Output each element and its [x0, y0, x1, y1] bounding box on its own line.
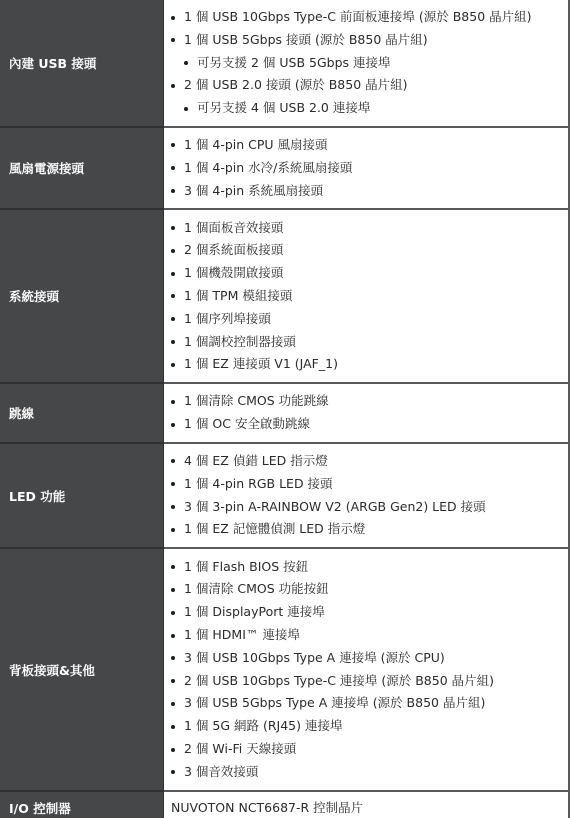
- row-value: 1 個 USB 10Gbps Type-C 前面板連接埠 (源於 B850 晶片…: [164, 0, 570, 127]
- list-item: 2 個 USB 2.0 接頭 (源於 B850 晶片組): [164, 74, 568, 97]
- list-item: 1 個機殼開啟接頭: [164, 262, 568, 285]
- row-value: 1 個 4-pin CPU 風扇接頭 1 個 4-pin 水冷/系統風扇接頭 3…: [164, 127, 570, 209]
- list-item: 1 個 HDMI™ 連接埠: [164, 624, 568, 647]
- list-item: 1 個 USB 10Gbps Type-C 前面板連接埠 (源於 B850 晶片…: [164, 6, 568, 29]
- sub-list-item: 可另支援 2 個 USB 5Gbps 連接埠: [164, 52, 568, 75]
- bullet-list: 1 個清除 CMOS 功能跳線 1 個 OC 安全啟動跳線: [164, 384, 568, 442]
- row-value: 1 個 Flash BIOS 按鈕 1 個清除 CMOS 功能按鈕 1 個 Di…: [164, 548, 570, 791]
- list-item: 1 個序列埠接頭: [164, 308, 568, 331]
- list-item: 1 個 5G 網路 (RJ45) 連接埠: [164, 715, 568, 738]
- row-label: I/O 控制器: [0, 791, 164, 818]
- bullet-list: 1 個 Flash BIOS 按鈕 1 個清除 CMOS 功能按鈕 1 個 Di…: [164, 550, 568, 790]
- list-item: 1 個清除 CMOS 功能跳線: [164, 390, 568, 413]
- bullet-list: 1 個 4-pin CPU 風扇接頭 1 個 4-pin 水冷/系統風扇接頭 3…: [164, 128, 568, 208]
- row-value: NUVOTON NCT6687-R 控制晶片: [164, 791, 570, 818]
- row-label: 風扇電源接頭: [0, 127, 164, 209]
- row-label: 跳線: [0, 383, 164, 443]
- list-item: 1 個 4-pin CPU 風扇接頭: [164, 134, 568, 157]
- list-item: 1 個 USB 5Gbps 接頭 (源於 B850 晶片組): [164, 29, 568, 52]
- bullet-list: 4 個 EZ 偵錯 LED 指示燈 1 個 4-pin RGB LED 接頭 3…: [164, 444, 568, 547]
- list-item: 1 個 EZ 記憶體偵測 LED 指示燈: [164, 518, 568, 541]
- list-item: 1 個 DisplayPort 連接埠: [164, 601, 568, 624]
- list-item: 3 個 4-pin 系統風扇接頭: [164, 180, 568, 203]
- row-label: 系統接頭: [0, 209, 164, 383]
- list-item: 3 個音效接頭: [164, 761, 568, 784]
- list-item: 1 個 EZ 連接頭 V1 (JAF_1): [164, 353, 568, 376]
- list-item: 2 個 USB 10Gbps Type-C 連接埠 (源於 B850 晶片組): [164, 670, 568, 693]
- row-value: 4 個 EZ 偵錯 LED 指示燈 1 個 4-pin RGB LED 接頭 3…: [164, 443, 570, 548]
- row-value: 1 個清除 CMOS 功能跳線 1 個 OC 安全啟動跳線: [164, 383, 570, 443]
- list-item: 1 個 TPM 模組接頭: [164, 285, 568, 308]
- row-label: 內建 USB 接頭: [0, 0, 164, 127]
- spec-row-fan-headers: 風扇電源接頭 1 個 4-pin CPU 風扇接頭 1 個 4-pin 水冷/系…: [0, 127, 569, 209]
- spec-row-system-headers: 系統接頭 1 個面板音效接頭 2 個系統面板接頭 1 個機殼開啟接頭 1 個 T…: [0, 209, 569, 383]
- bullet-list: 1 個 USB 10Gbps Type-C 前面板連接埠 (源於 B850 晶片…: [164, 0, 568, 126]
- list-item: 1 個清除 CMOS 功能按鈕: [164, 578, 568, 601]
- list-item: 2 個系統面板接頭: [164, 239, 568, 262]
- row-label: 背板接頭&其他: [0, 548, 164, 791]
- list-item: 1 個 OC 安全啟動跳線: [164, 413, 568, 436]
- row-value: 1 個面板音效接頭 2 個系統面板接頭 1 個機殼開啟接頭 1 個 TPM 模組…: [164, 209, 570, 383]
- list-item: 1 個 4-pin RGB LED 接頭: [164, 473, 568, 496]
- spec-row-rear-panel: 背板接頭&其他 1 個 Flash BIOS 按鈕 1 個清除 CMOS 功能按…: [0, 548, 569, 791]
- bullet-list: 1 個面板音效接頭 2 個系統面板接頭 1 個機殼開啟接頭 1 個 TPM 模組…: [164, 211, 568, 383]
- list-item: 3 個 3-pin A-RAINBOW V2 (ARGB Gen2) LED 接…: [164, 496, 568, 519]
- list-item: 3 個 USB 10Gbps Type A 連接埠 (源於 CPU): [164, 647, 568, 670]
- spec-row-jumpers: 跳線 1 個清除 CMOS 功能跳線 1 個 OC 安全啟動跳線: [0, 383, 569, 443]
- list-item: 4 個 EZ 偵錯 LED 指示燈: [164, 450, 568, 473]
- list-item: 3 個 USB 5Gbps Type A 連接埠 (源於 B850 晶片組): [164, 692, 568, 715]
- list-item: 1 個 Flash BIOS 按鈕: [164, 556, 568, 579]
- io-controller-value: NUVOTON NCT6687-R 控制晶片: [164, 792, 568, 818]
- sub-list-item: 可另支援 4 個 USB 2.0 連接埠: [164, 97, 568, 120]
- spec-row-usb-headers: 內建 USB 接頭 1 個 USB 10Gbps Type-C 前面板連接埠 (…: [0, 0, 569, 127]
- list-item: 1 個面板音效接頭: [164, 217, 568, 240]
- list-item: 1 個 4-pin 水冷/系統風扇接頭: [164, 157, 568, 180]
- spec-row-led-features: LED 功能 4 個 EZ 偵錯 LED 指示燈 1 個 4-pin RGB L…: [0, 443, 569, 548]
- row-label: LED 功能: [0, 443, 164, 548]
- spec-table: 內建 USB 接頭 1 個 USB 10Gbps Type-C 前面板連接埠 (…: [0, 0, 570, 818]
- spec-row-io-controller: I/O 控制器 NUVOTON NCT6687-R 控制晶片: [0, 791, 569, 818]
- list-item: 1 個調校控制器接頭: [164, 331, 568, 354]
- list-item: 2 個 Wi-Fi 天線接頭: [164, 738, 568, 761]
